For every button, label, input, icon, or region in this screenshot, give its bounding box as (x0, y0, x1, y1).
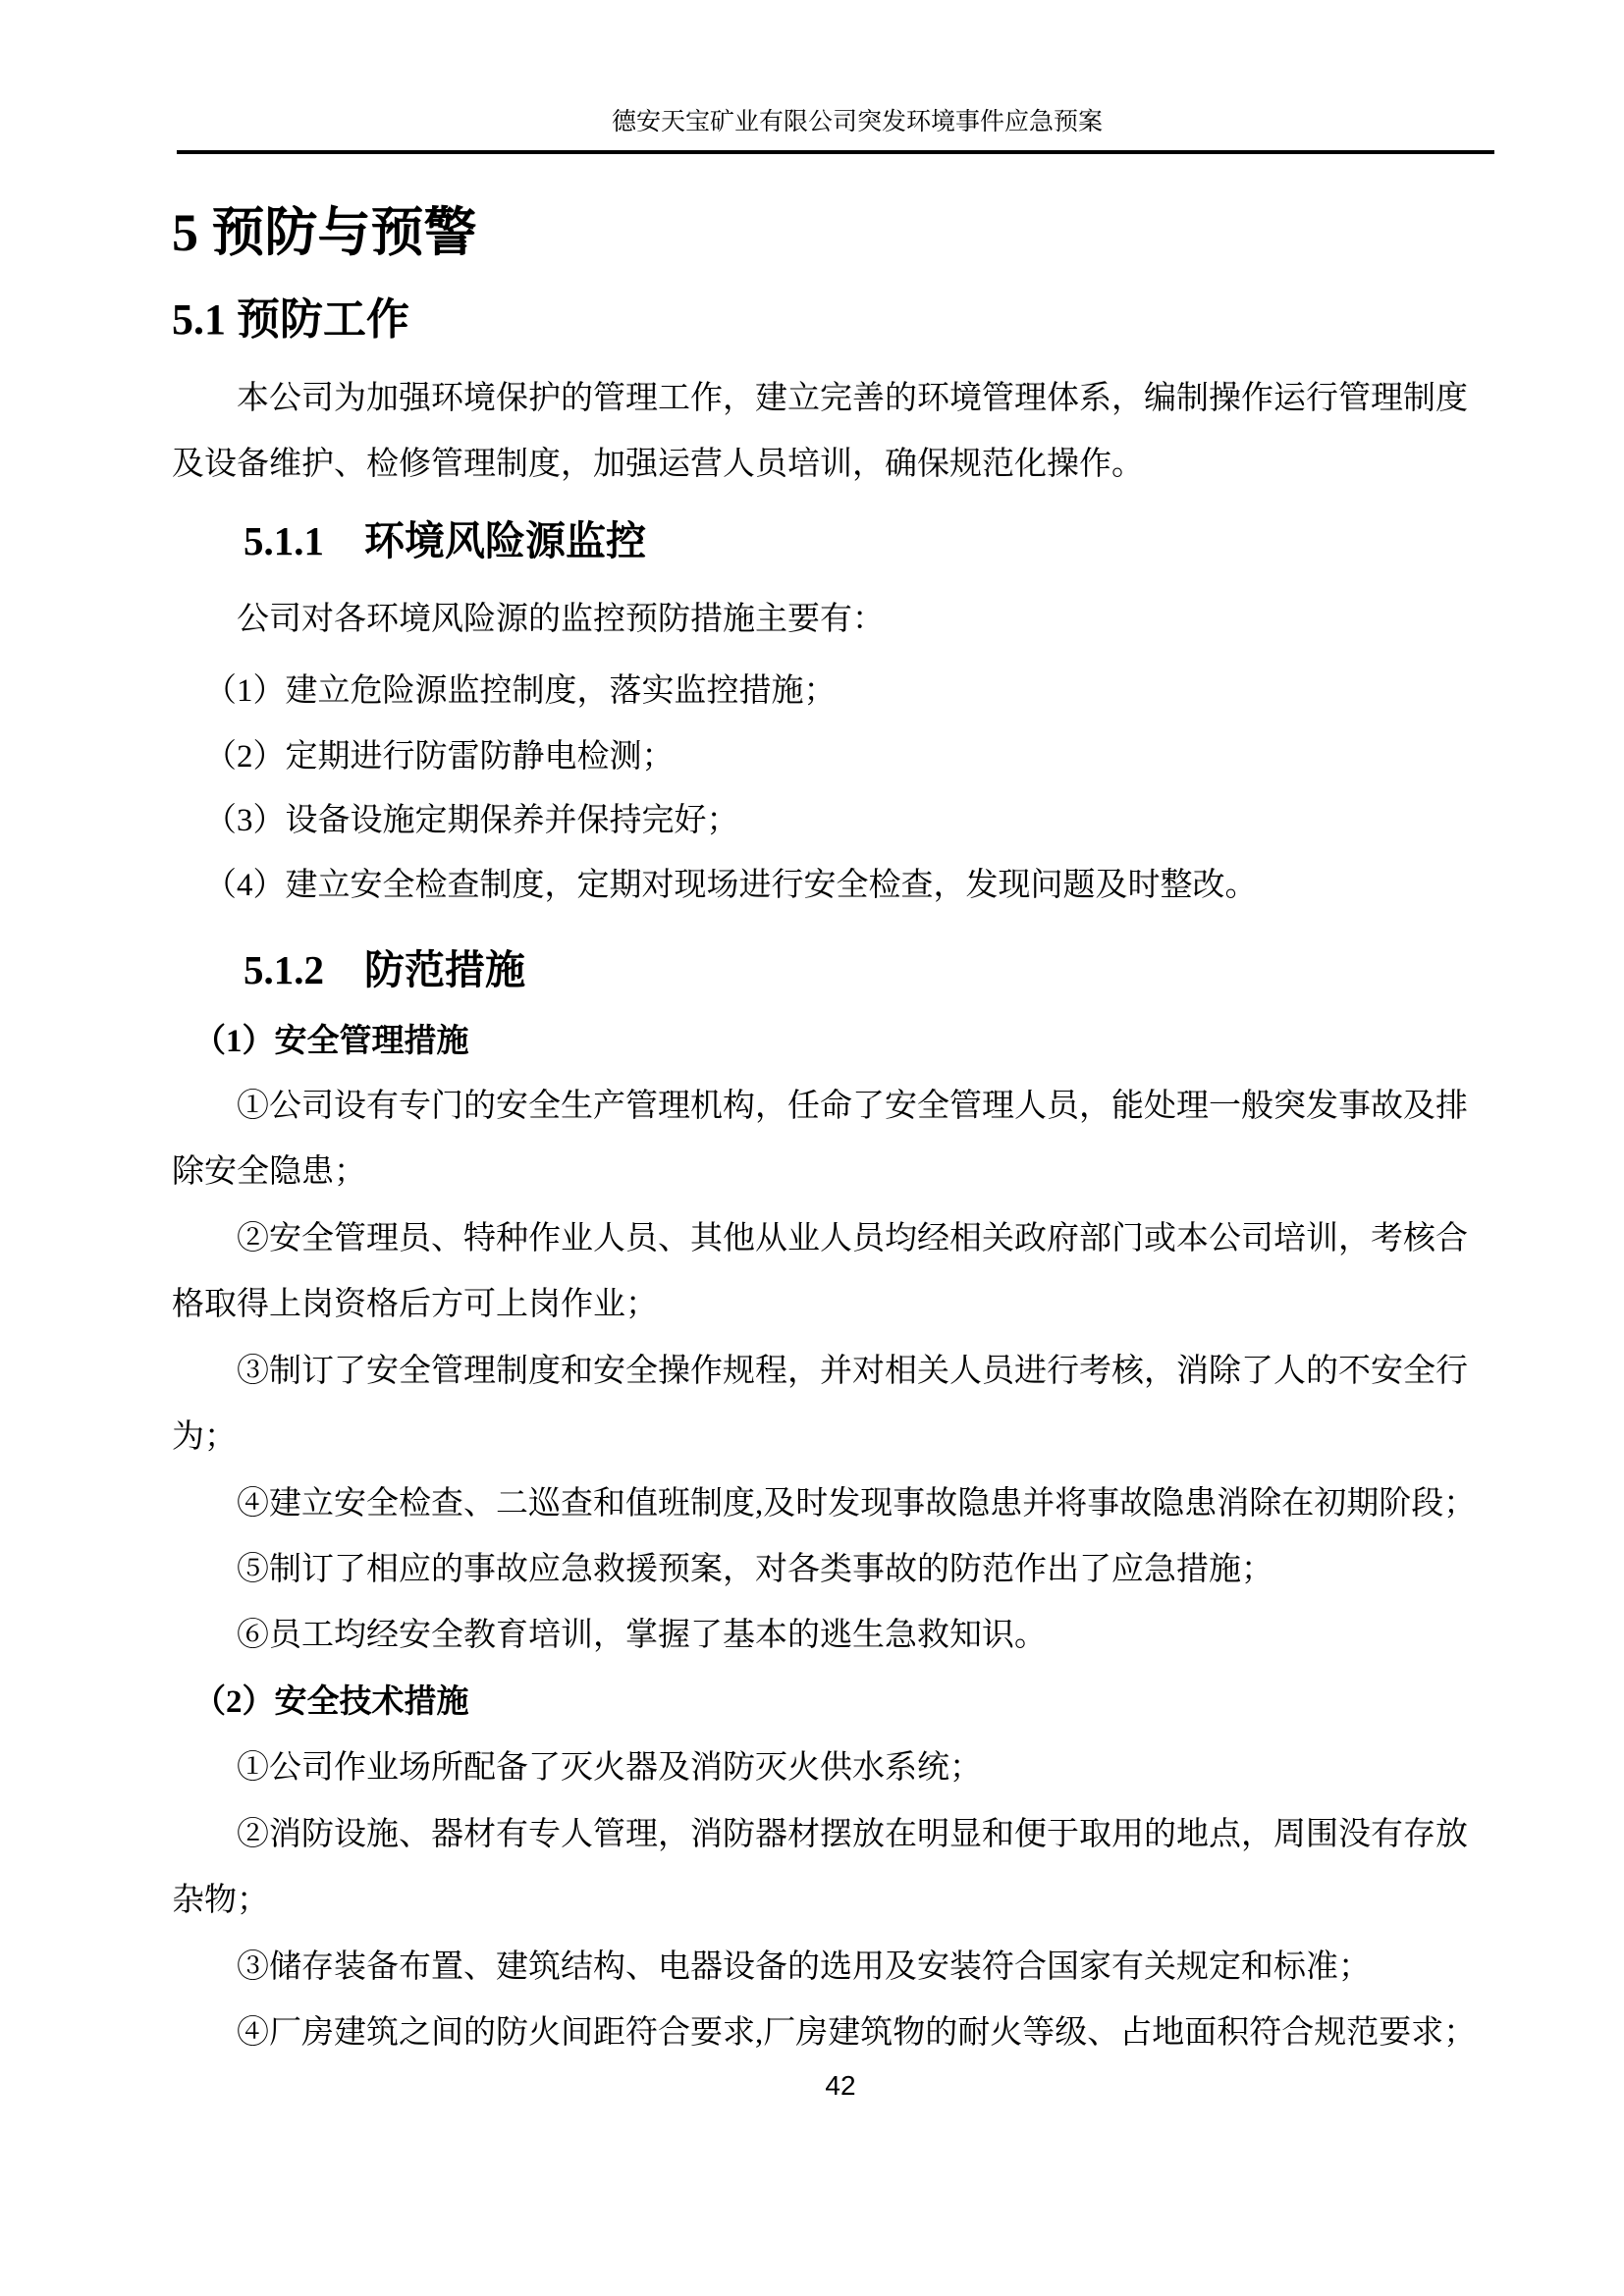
text-line: 公司对各环境风险源的监控预防措施主要有： (172, 587, 1468, 653)
subsection-heading: 5.1.2 防范措施 (172, 946, 1540, 993)
body-paragraph: ④厂房建筑之间的防火间距符合要求,厂房建筑物的耐火等级、占地面积符合规范要求； (172, 2001, 1468, 2066)
document-page: 德安天宝矿业有限公司突发环境事件应急预案 5 预防与预警5.1 预防工作本公司为… (0, 0, 1624, 2296)
body-paragraph: 公司对各环境风险源的监控预防措施主要有： (172, 587, 1468, 653)
text-line: ②消防设施、器材有专人管理，消防器材摆放在明显和便于取用的地点，周围没有存放 (172, 1802, 1468, 1868)
text-line: ④建立安全检查、二巡查和值班制度,及时发现事故隐患并将事故隐患消除在初期阶段； (172, 1471, 1468, 1537)
body-paragraph: ⑤制订了相应的事故应急救援预案，对各类事故的防范作出了应急措施； (172, 1537, 1468, 1603)
text-line: ①公司作业场所配备了灭火器及消防灭火供水系统； (172, 1735, 1468, 1801)
body-paragraph: ③制订了安全管理制度和安全操作规程，并对相关人员进行考核，消除了人的不安全行为； (172, 1339, 1468, 1471)
body-paragraph: ④建立安全检查、二巡查和值班制度,及时发现事故隐患并将事故隐患消除在初期阶段； (172, 1471, 1468, 1537)
numbered-list-item: （2）定期进行防雷防静电检测； (172, 724, 1500, 790)
body-paragraph: ①公司作业场所配备了灭火器及消防灭火供水系统； (172, 1735, 1468, 1801)
text-line: ②安全管理员、特种作业人员、其他从业人员均经相关政府部门或本公司培训，考核合 (172, 1206, 1468, 1272)
text-line: 除安全隐患； (172, 1140, 1468, 1205)
page-header-title: 德安天宝矿业有限公司突发环境事件应急预案 (0, 108, 1624, 137)
text-line: 及设备维护、检修管理制度，加强运营人员培训，确保规范化操作。 (172, 432, 1468, 498)
text-line: ⑥员工均经安全教育培训，掌握了基本的逃生急救知识。 (172, 1603, 1468, 1669)
section-heading: 5.1 预防工作 (172, 295, 1468, 345)
text-line: 格取得上岗资格后方可上岗作业； (172, 1272, 1468, 1338)
chapter-heading: 5 预防与预警 (172, 203, 1468, 262)
text-line: ③储存装备布置、建筑结构、电器设备的选用及安装符合国家有关规定和标准； (172, 1935, 1468, 2001)
text-line: ⑤制订了相应的事故应急救援预案，对各类事故的防范作出了应急措施； (172, 1537, 1468, 1603)
body-paragraph: 本公司为加强环境保护的管理工作，建立完善的环境管理体系，编制操作运行管理制度及设… (172, 366, 1468, 499)
text-line: 本公司为加强环境保护的管理工作，建立完善的环境管理体系，编制操作运行管理制度 (172, 366, 1468, 432)
body-paragraph: ②安全管理员、特种作业人员、其他从业人员均经相关政府部门或本公司培训，考核合格取… (172, 1206, 1468, 1339)
bold-subheading: （1）安全管理措施 (172, 1009, 1489, 1075)
numbered-list-item: （3）设备设施定期保养并保持完好； (172, 788, 1500, 854)
text-line: ①公司设有专门的安全生产管理机构，任命了安全管理人员，能处理一般突发事故及排 (172, 1074, 1468, 1140)
subsection-heading: 5.1.1 环境风险源监控 (172, 517, 1540, 564)
numbered-list-item: （1）建立危险源监控制度，落实监控措施； (172, 659, 1500, 724)
bold-subheading: （2）安全技术措施 (172, 1670, 1489, 1735)
text-line: 杂物； (172, 1868, 1468, 1934)
page-number: 42 (0, 2070, 1624, 2102)
header-rule (177, 150, 1494, 154)
text-line: 为； (172, 1405, 1468, 1470)
body-paragraph: ③储存装备布置、建筑结构、电器设备的选用及安装符合国家有关规定和标准； (172, 1935, 1468, 2001)
body-paragraph: ⑥员工均经安全教育培训，掌握了基本的逃生急救知识。 (172, 1603, 1468, 1669)
text-line: ③制订了安全管理制度和安全操作规程，并对相关人员进行考核，消除了人的不安全行 (172, 1339, 1468, 1405)
numbered-list-item: （4）建立安全检查制度，定期对现场进行安全检查，发现问题及时整改。 (172, 853, 1500, 919)
body-paragraph: ①公司设有专门的安全生产管理机构，任命了安全管理人员，能处理一般突发事故及排除安… (172, 1074, 1468, 1206)
body-paragraph: ②消防设施、器材有专人管理，消防器材摆放在明显和便于取用的地点，周围没有存放杂物… (172, 1802, 1468, 1935)
text-line: ④厂房建筑之间的防火间距符合要求,厂房建筑物的耐火等级、占地面积符合规范要求； (172, 2001, 1468, 2066)
